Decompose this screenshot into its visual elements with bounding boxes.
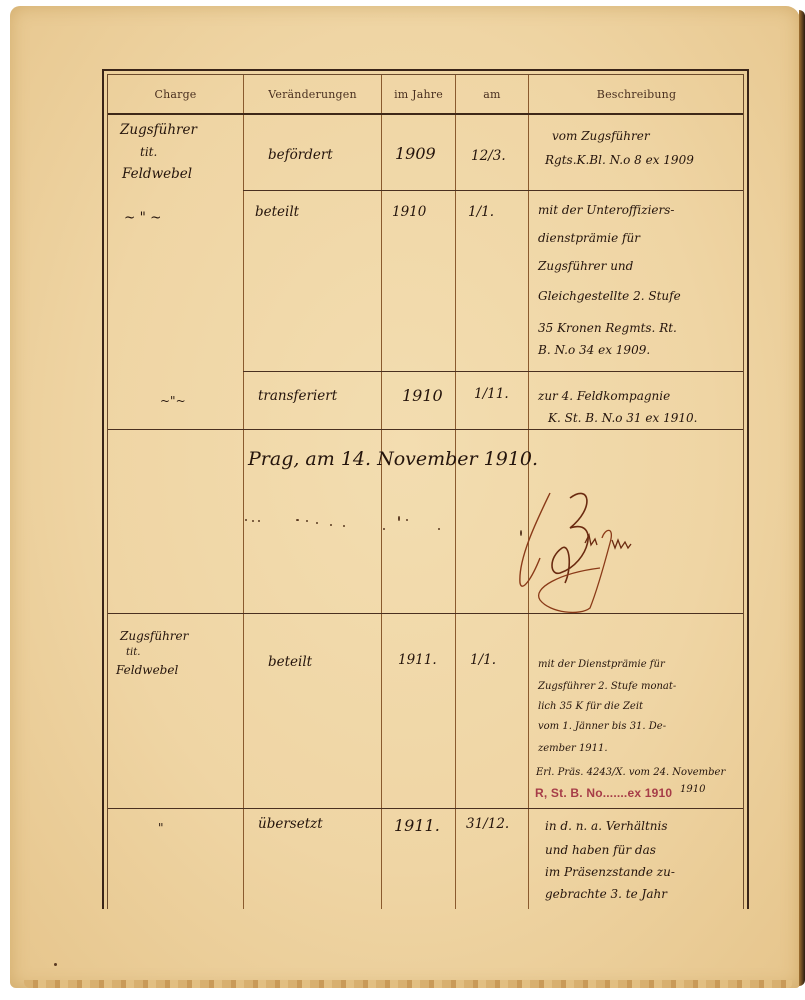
description-line: 35 Kronen Regmts. Rt. [538, 322, 677, 334]
change-cell: übersetzt [258, 818, 323, 832]
date-cell: 1/11. [474, 388, 509, 402]
header-year: im Jahre [382, 75, 455, 113]
charge-line: Zugsführer [120, 124, 197, 138]
charge-line: Zugsführer [120, 630, 188, 642]
charge-ditto: ~"~ [160, 395, 186, 407]
year-cell: 1910 [402, 388, 443, 404]
header-changes: Veränderungen [244, 75, 381, 113]
signature-icon [510, 488, 690, 618]
place-date: Prag, am 14. November 1910. [248, 450, 538, 469]
year-cell: 1909 [395, 146, 436, 162]
description-line: K. St. B. N.o 31 ex 1910. [548, 412, 697, 424]
description-line: 1910 [680, 785, 705, 795]
description-line: im Präsenzstande zu- [545, 866, 675, 878]
description-line: zember 1911. [538, 744, 608, 754]
torn-bottom-edge [24, 980, 792, 988]
charge-line: Feldwebel [116, 664, 178, 676]
column-divider-1 [243, 75, 244, 909]
charge-line: Feldwebel [122, 168, 192, 182]
row-rule-1 [243, 190, 743, 191]
column-divider-3 [455, 75, 456, 909]
description-line: vom Zugsführer [552, 130, 650, 142]
charge-line: tit. [126, 648, 140, 658]
charge-ditto: ~ " ~ [124, 212, 161, 226]
header-charge: Charge [108, 75, 243, 113]
date-cell: 1/1. [470, 654, 496, 668]
change-cell: beteilt [255, 206, 299, 220]
description-line: in d. n. a. Verhältnis [545, 820, 668, 832]
charge-ditto: " [158, 822, 164, 834]
year-cell: 1911. [398, 654, 437, 668]
date-cell: 12/3. [471, 150, 506, 164]
description-line: und haben für das [545, 844, 656, 856]
change-cell: befördert [268, 149, 333, 163]
year-cell: 1910 [392, 206, 426, 220]
description-line: dienstprämie für [538, 232, 640, 244]
column-divider-2 [381, 75, 382, 909]
row-rule-5 [108, 808, 743, 809]
description-line: zur 4. Feldkompagnie [538, 390, 670, 402]
header-rule [108, 113, 743, 115]
description-line: Zugsführer und [538, 260, 633, 272]
description-line: lich 35 K für die Zeit [538, 702, 643, 712]
description-line: B. N.o 34 ex 1909. [538, 344, 650, 356]
description-line: mit der Unteroffiziers- [538, 204, 674, 216]
description-line: Erl. Präs. 4243/X. vom 24. November [536, 768, 725, 778]
header-description: Beschreibung [529, 75, 744, 113]
year-cell: 1911. [394, 818, 440, 834]
description-line: Rgts.K.Bl. N.o 8 ex 1909 [545, 154, 694, 166]
header-date: am [456, 75, 528, 113]
registry-stamp: R, St. B. No.......ex 1910 [535, 786, 672, 800]
description-line: mit der Dienstprämie für [538, 660, 665, 670]
row-rule-2 [243, 371, 743, 372]
row-rule-3 [108, 429, 743, 430]
description-line: Gleichgestellte 2. Stufe [538, 290, 681, 302]
change-cell: beteilt [268, 656, 312, 670]
paper-speck [54, 963, 57, 966]
description-line: Zugsführer 2. Stufe monat- [538, 682, 676, 692]
description-line: vom 1. Jänner bis 31. De- [538, 722, 666, 732]
change-cell: transferiert [258, 390, 337, 404]
description-line: gebrachte 3. te Jahr [545, 888, 667, 900]
charge-line: tit. [140, 146, 157, 158]
date-cell: 1/1. [468, 206, 494, 220]
date-cell: 31/12. [466, 818, 509, 832]
